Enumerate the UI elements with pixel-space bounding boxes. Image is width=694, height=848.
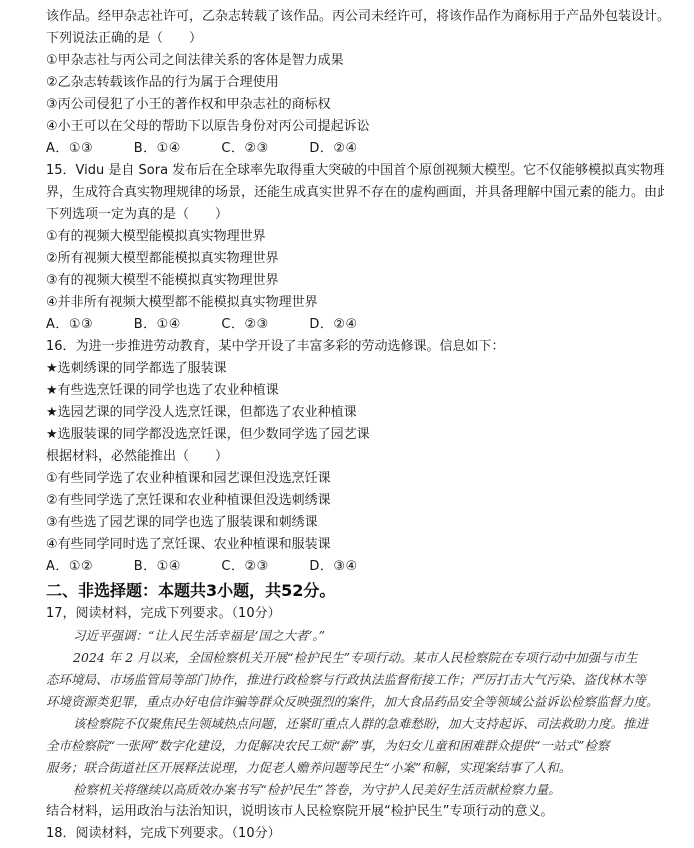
text-line: 该作品。经甲杂志社许可，乙杂志转载了该作品。丙公司未经许可，将该作品作为商标用于… xyxy=(46,6,664,28)
text-line: 15．Vidu 是自 Sora 发布后在全球率先取得重大突破的中国首个原创视频大… xyxy=(46,160,664,182)
text-line: 结合材料，运用政治与法治知识，说明该市人民检察院开展“检护民生”专项行动的意义。 xyxy=(46,801,664,823)
text-line: 根据材料，必然能推出（ ） xyxy=(46,446,664,468)
material-line: 环境资源类犯罪，重点办好电信诈骗等群众反映强烈的案件，加大食品药品安全等领域公益… xyxy=(46,691,664,713)
material-line: 全市检察院“一张网”数字化建设，力促解决农民工烦“薪”事，为妇女儿童和困难群众提… xyxy=(46,735,664,757)
text-line: ②所有视频大模型都能模拟真实物理世界 xyxy=(46,248,664,270)
answer-options-row: A．①③ B．①④ C．②③ D．②④ xyxy=(46,314,664,336)
answer-options-row: A．①③ B．①④ C．②③ D．②④ xyxy=(46,138,664,160)
text-line: ★选刺绣课的同学都选了服装课 xyxy=(46,358,664,380)
answer-options-row: A．①② B．①④ C．②③ D．③④ xyxy=(46,556,664,578)
material-line: 该检察院不仅聚焦民生领域热点问题，还紧盯重点人群的急难愁盼，加大支持起诉、司法救… xyxy=(46,713,664,735)
text-line: ④小王可以在父母的帮助下以原告身份对丙公司提起诉讼 xyxy=(46,116,664,138)
text-line: 界，生成符合真实物理规律的场景，还能生成真实世界不存在的虚构画面，并具备理解中国… xyxy=(46,182,664,204)
text-line: ④有些同学同时选了烹饪课、农业种植课和服装课 xyxy=(46,534,664,556)
text-line: ②有些同学选了烹饪课和农业种植课但没选刺绣课 xyxy=(46,490,664,512)
text-line: 16．为进一步推进劳动教育，某中学开设了丰富多彩的劳动选修课。信息如下： xyxy=(46,336,664,358)
text-line: ④并非所有视频大模型都不能模拟真实物理世界 xyxy=(46,292,664,314)
text-line: ①有的视频大模型能模拟真实物理世界 xyxy=(46,226,664,248)
text-line: ③丙公司侵犯了小王的著作权和甲杂志社的商标权 xyxy=(46,94,664,116)
text-line: ★选园艺课的同学没人选烹饪课，但都选了农业种植课 xyxy=(46,402,664,424)
section-heading: 二、非选择题：本题共3小题，共52分。 xyxy=(46,578,664,603)
material-line: 服务；联合街道社区开展释法说理，力促老人赡养问题等民生“小案”和解，实现案结事了… xyxy=(46,757,664,779)
material-line: 习近平强调：“让人民生活幸福是‘国之大者’。” xyxy=(46,625,664,647)
text-line: 下列选项一定为真的是（ ） xyxy=(46,204,664,226)
text-line: ③有的视频大模型不能模拟真实物理世界 xyxy=(46,270,664,292)
text-line: 18．阅读材料，完成下列要求。（10分） xyxy=(46,823,664,845)
text-line: ③有些选了园艺课的同学也选了服装课和刺绣课 xyxy=(46,512,664,534)
text-line: ②乙杂志转载该作品的行为属于合理使用 xyxy=(46,72,664,94)
text-line: ★选服装课的同学都没选烹饪课，但少数同学选了园艺课 xyxy=(46,424,664,446)
material-line: 检察机关将继续以高质效办案书写“检护民生”答卷，为守护人民美好生活贡献检察力量。 xyxy=(46,779,664,801)
document-body: 该作品。经甲杂志社许可，乙杂志转载了该作品。丙公司未经许可，将该作品作为商标用于… xyxy=(46,6,664,845)
text-line: 17，阅读材料，完成下列要求。（10分） xyxy=(46,603,664,625)
text-line: 下列说法正确的是（ ） xyxy=(46,28,664,50)
material-line: 态环境局、市场监管局等部门协作，推进行政检察与行政执法监督衔接工作；严厉打击大气… xyxy=(46,669,664,691)
text-line: ①有些同学选了农业种植课和园艺课但没选烹饪课 xyxy=(46,468,664,490)
text-line: ①甲杂志社与丙公司之间法律关系的客体是智力成果 xyxy=(46,50,664,72)
material-line: 2024 年 2 月以来，全国检察机关开展“检护民生”专项行动。某市人民检察院在… xyxy=(46,647,664,669)
exam-page: 该作品。经甲杂志社许可，乙杂志转载了该作品。丙公司未经许可，将该作品作为商标用于… xyxy=(0,0,694,848)
text-line: ★有些选烹饪课的同学也选了农业种植课 xyxy=(46,380,664,402)
